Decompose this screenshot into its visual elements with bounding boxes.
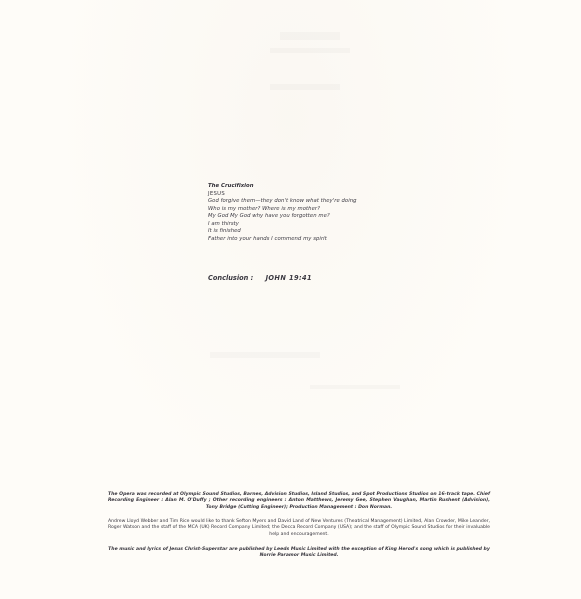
section-heading: The Crucifixion [208,183,357,191]
recording-credits: The Opera was recorded at Olympic Sound … [108,492,490,511]
speaker-name: JESUS [208,191,357,199]
lyric-line: I am thirsty [208,221,357,229]
liner-notes-page: The Crucifixion JESUS God forgive them—t… [0,0,581,599]
publishing-notice: The music and lyrics of Jesus Christ-Sup… [108,547,490,560]
lyric-line: Who is my mother? Where is my mother? [208,206,357,214]
show-through-mark [270,84,340,90]
show-through-mark [280,32,340,40]
lyrics-block: The Crucifixion JESUS God forgive them—t… [208,183,357,243]
conclusion-label: Conclusion : [208,274,253,282]
show-through-mark [310,385,400,389]
conclusion-line: Conclusion : JOHN 19:41 [208,274,312,282]
acknowledgements: Andrew Lloyd Webber and Tim Rice would l… [108,519,490,538]
lyric-line: It is finished [208,228,357,236]
show-through-mark [210,352,320,358]
lyric-line: Father into your hands I commend my spir… [208,236,357,244]
lyric-line: My God My God why have you forgotten me? [208,213,357,221]
scripture-reference: JOHN 19:41 [266,274,312,282]
lyric-line: God forgive them—they don't know what th… [208,198,357,206]
show-through-mark [270,48,350,53]
